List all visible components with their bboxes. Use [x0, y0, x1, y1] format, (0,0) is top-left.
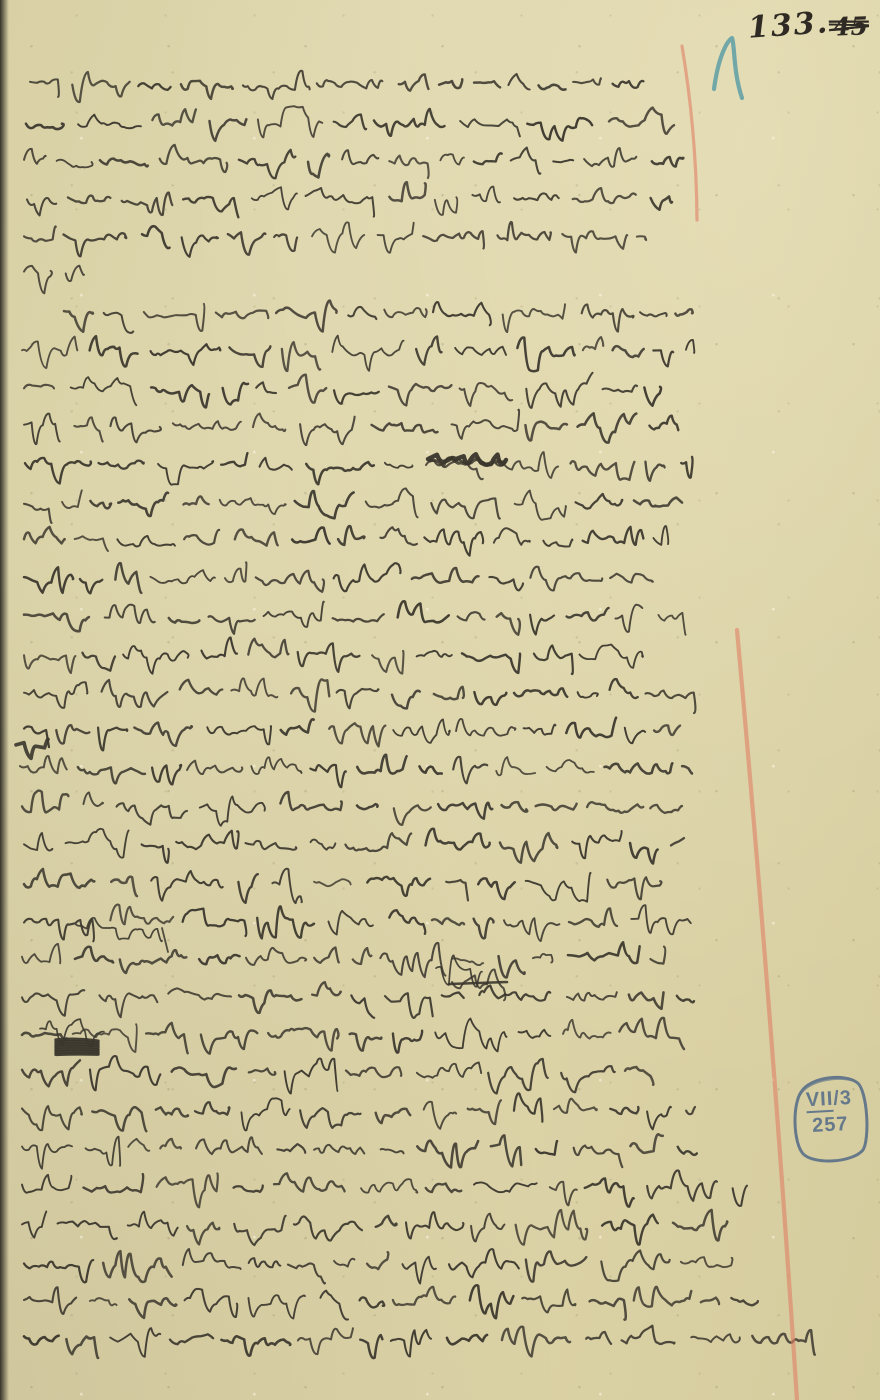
- stamp-denominator: /3: [833, 1087, 853, 1110]
- red-margin-line: [682, 46, 697, 220]
- red-margin-line: [737, 630, 797, 1400]
- archive-stamp: VII/3 257: [787, 1070, 874, 1168]
- page-number: 133.: [747, 5, 830, 46]
- manuscript-page: { "palette": { "paper": "#dcd4a9", "ink"…: [0, 0, 880, 1400]
- handwriting-layer: [0, 0, 880, 1400]
- blue-check-mark: [714, 38, 742, 98]
- crossed-out-number: 45: [833, 11, 869, 41]
- stamp-numerator: VII: [805, 1088, 834, 1113]
- stamp-text: VII/3 257: [787, 1084, 872, 1140]
- stamp-number: 257: [789, 1110, 872, 1140]
